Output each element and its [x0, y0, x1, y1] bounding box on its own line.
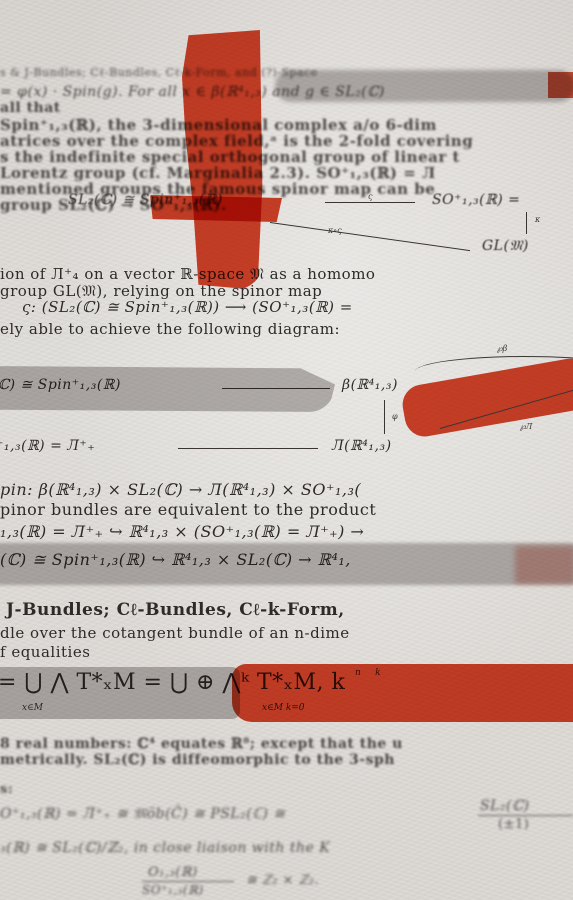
arrow — [526, 212, 527, 234]
arrow — [325, 202, 415, 203]
running-header: s & J-Bundles; Cℓ-Bundles, Cℓ-k-Form, an… — [0, 66, 318, 79]
fraction-numerator: O₁,₃(ℝ) — [148, 865, 198, 880]
diagram-node: β(ℝ⁴₁,₃) — [342, 377, 398, 393]
gray-watercolor-band — [0, 543, 573, 585]
arrow-label: ℘β — [497, 344, 507, 353]
diagram-node: GL(𝔐) — [482, 238, 529, 254]
arrow-label: κ — [535, 215, 540, 224]
text-line: pinor bundles are equivalent to the prod… — [0, 500, 376, 519]
arrow-label: ς — [368, 192, 372, 201]
gray-watercolor-top — [275, 70, 573, 102]
fraction-numerator: SL₂(ℂ) — [480, 798, 530, 814]
red-watercolor-band-end — [515, 546, 573, 584]
fraction-bar — [478, 815, 573, 816]
fraction-bar — [142, 881, 234, 882]
equation: pin: β(ℝ⁴₁,₃) × SL₂(ℂ) → Л(ℝ⁴₁,₃) × SO⁺₁… — [0, 480, 361, 499]
equation: ≅ ℤ₂ × ℤ₂. — [246, 873, 319, 888]
diagram-node: Л(ℝ⁴₁,₃) — [332, 438, 392, 454]
arrow-label: κ∘ς — [328, 226, 342, 235]
arrow-label: ℘Л — [520, 422, 532, 431]
arrow-label: φ — [392, 412, 398, 421]
diagram-node: SO⁺₁,₃(ℝ) = — [432, 192, 520, 208]
text-line: metrically. SL₂(ℂ) is diffeomorphic to t… — [0, 752, 395, 768]
text-line: ion of Л⁺₄ on a vector ℝ-space 𝔐 as a ho… — [0, 265, 375, 283]
gray-watercolor-diagram — [0, 366, 335, 412]
equation: ₃(ℝ) ≅ SL₂(ℂ)/ℤ₂, in close liaison with … — [0, 840, 330, 856]
gray-watercolor-equation — [0, 667, 240, 719]
arrow — [178, 448, 318, 449]
arrow — [384, 400, 385, 434]
text-line: all that — [0, 100, 61, 116]
fraction-denominator: (±1) — [498, 817, 529, 832]
equation: O⁺₁,₃(ℝ) = Л⁺₊ ≅ 𝔐öb(Ĉ) ≅ PSL₂(ℂ) ≅ — [0, 806, 286, 822]
equation: ς: (SL₂(ℂ) ≅ Spin⁺₁,₃(ℝ)) ⟶ (SO⁺₁,₃(ℝ) = — [22, 298, 353, 316]
text-line: ely able to achieve the following diagra… — [0, 320, 340, 338]
red-watercolor-equation — [232, 664, 573, 722]
red-watercolor-top-right — [548, 72, 573, 98]
text-line: 8 real numbers: ℂ⁴ equates ℝ⁸; except th… — [0, 736, 403, 752]
fraction-denominator: SO⁺₁,₃(ℝ) — [142, 883, 204, 897]
diagram-node: ⁺₁,₃(ℝ) = Л⁺₊ — [0, 438, 95, 454]
section-heading: J-Bundles; Cℓ-Bundles, Cℓ-k-Form, — [6, 600, 345, 620]
text-line: s: — [0, 782, 13, 797]
equation: ₁,₃(ℝ) = Л⁺₊ ↪ ℝ⁴₁,₃ × (SO⁺₁,₃(ℝ) = Л⁺₊)… — [0, 522, 364, 541]
text-line: dle over the cotangent bundle of an n-di… — [0, 624, 350, 642]
text-line: f equalities — [0, 643, 90, 661]
